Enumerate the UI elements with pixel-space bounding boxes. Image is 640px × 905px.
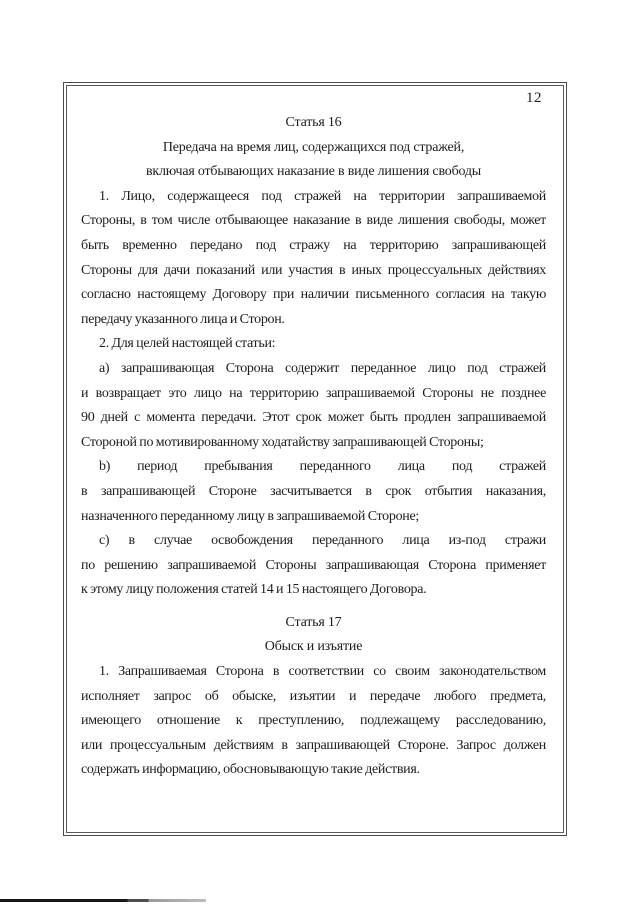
paragraph: 2. Для целей настоящей статьи: bbox=[81, 332, 546, 357]
page-number: 12 bbox=[526, 90, 542, 107]
text-line: быть временно передано под стражу на тер… bbox=[81, 234, 546, 259]
text-line: содержать информацию, обосновывающую так… bbox=[81, 758, 546, 783]
paragraph: 1. Лицо, содержащееся под стражей на тер… bbox=[81, 185, 546, 333]
text-line: b) период пребывания переданного лица по… bbox=[81, 455, 546, 480]
text-line: 2. Для целей настоящей статьи: bbox=[81, 332, 546, 357]
paragraph: a) запрашивающая Сторона содержит переда… bbox=[81, 357, 546, 455]
text-line: или процессуальным действиям в запрашива… bbox=[81, 734, 546, 759]
text-line: Стороны, в том числе отбывающее наказани… bbox=[81, 209, 546, 234]
text-line: 90 дней с момента передачи. Этот срок мо… bbox=[81, 406, 546, 431]
article-heading: Статья 17 bbox=[81, 611, 546, 636]
text-line: имеющего отношение к преступлению, подле… bbox=[81, 709, 546, 734]
text-line: c) в случае освобождения переданного лиц… bbox=[81, 529, 546, 554]
paragraph: b) период пребывания переданного лица по… bbox=[81, 455, 546, 529]
text-line: 1. Запрашиваемая Сторона в соответствии … bbox=[81, 660, 546, 685]
text-line: исполняет запрос об обыске, изъятии и пе… bbox=[81, 685, 546, 710]
text-line: согласно настоящему Договору при наличии… bbox=[81, 283, 546, 308]
text-line: назначенного переданному лицу в запрашив… bbox=[81, 505, 546, 530]
article-title-line: включая отбывающих наказание в виде лише… bbox=[81, 160, 546, 185]
text-line: к этому лицу положения статей 14 и 15 на… bbox=[81, 578, 546, 603]
text-line: Стороны для дачи показаний или участия в… bbox=[81, 259, 546, 284]
text-line: Стороной по мотивированному ходатайству … bbox=[81, 431, 546, 456]
page-border-outer: 12 Статья 16Передача на время лиц, содер… bbox=[63, 82, 567, 836]
article-title-line: Обыск и изъятие bbox=[81, 635, 546, 660]
article-heading: Статья 16 bbox=[81, 111, 546, 136]
text-line: a) запрашивающая Сторона содержит переда… bbox=[81, 357, 546, 382]
page-border-inner: 12 Статья 16Передача на время лиц, содер… bbox=[66, 85, 564, 833]
article-title-line: Передача на время лиц, содержащихся под … bbox=[81, 136, 546, 161]
scan-artifact-line bbox=[0, 899, 206, 902]
text-line: передачу указанного лица и Сторон. bbox=[81, 308, 546, 333]
text-line: в запрашивающей Стороне засчитывается в … bbox=[81, 480, 546, 505]
text-line: 1. Лицо, содержащееся под стражей на тер… bbox=[81, 185, 546, 210]
article-section: Статья 16Передача на время лиц, содержащ… bbox=[81, 111, 546, 603]
article-section: Статья 17Обыск и изъятие1. Запрашиваемая… bbox=[81, 611, 546, 783]
paragraph: 1. Запрашиваемая Сторона в соответствии … bbox=[81, 660, 546, 783]
paragraph: c) в случае освобождения переданного лиц… bbox=[81, 529, 546, 603]
page-content: Статья 16Передача на время лиц, содержащ… bbox=[81, 111, 546, 783]
text-line: и возвращает это лицо на территорию запр… bbox=[81, 382, 546, 407]
text-line: по решению запрашиваемой Стороны запраши… bbox=[81, 554, 546, 579]
